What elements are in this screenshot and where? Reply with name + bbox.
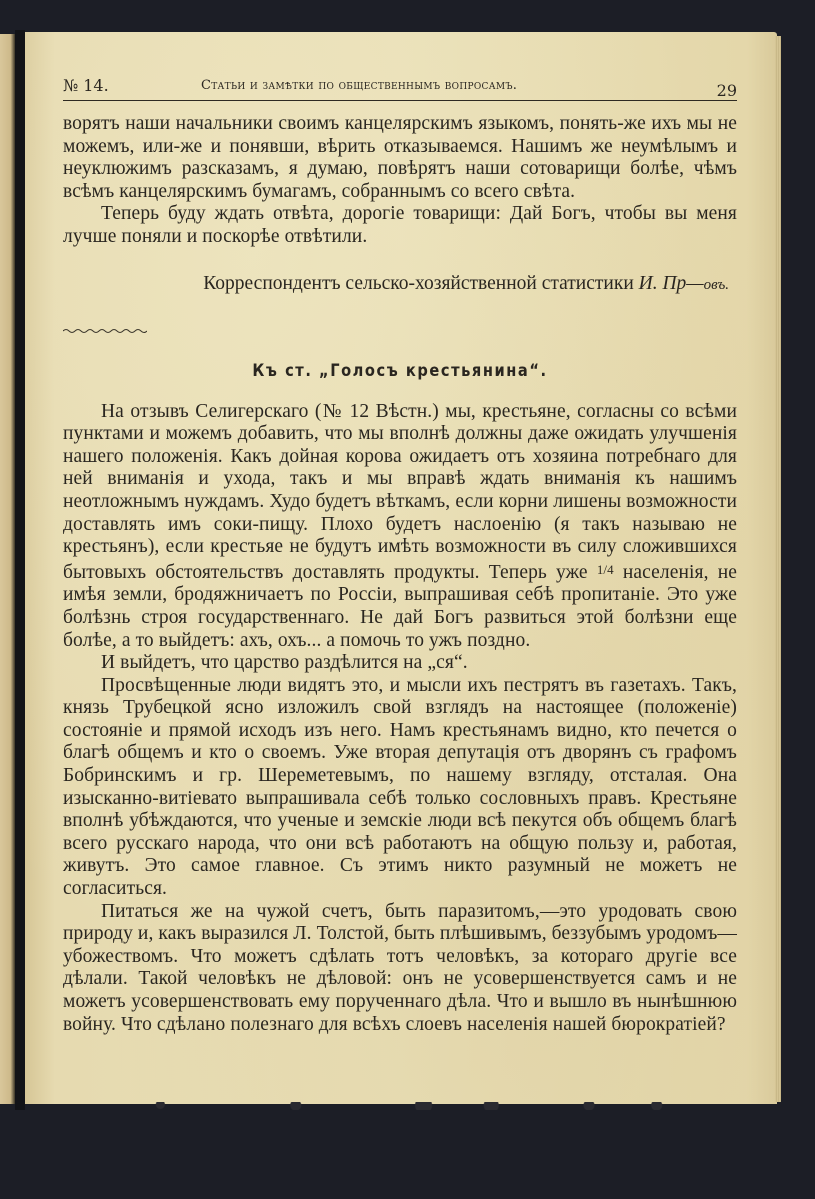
page-stack-edge [775, 36, 781, 1102]
signature-prefix: Корреспондентъ сельско-хозяйственной ста… [203, 273, 634, 294]
first-article-body: ворятъ наши начальники своимъ канцелярск… [63, 113, 737, 249]
running-head-title: Статьи и замѣтки по общественнымъ вопрос… [201, 78, 517, 93]
page-bottom-edge [25, 1102, 777, 1110]
running-head: № 14. Статьи и замѣтки по общественнымъ … [63, 72, 737, 101]
page-content: № 14. Статьи и замѣтки по общественнымъ … [63, 72, 737, 1036]
page-number: 29 [717, 81, 737, 100]
signature-author: И. Пр—овъ. [639, 273, 729, 294]
paragraph: Теперь буду ждать отвѣта, дорогіе товари… [63, 203, 737, 248]
second-article-body: На отзывъ Селигерскаго (№ 12 Вѣстн.) мы,… [63, 401, 737, 1037]
issue-number: № 14. [63, 76, 109, 95]
paragraph: Просвѣщенные люди видятъ это, и мысли их… [63, 675, 737, 901]
paragraph: И выйдетъ, что царство раздѣлится на „ся… [63, 652, 737, 675]
scanned-page-view: № 14. Статьи и замѣтки по общественнымъ … [0, 0, 815, 1199]
paragraph: ворятъ наши начальники своимъ канцелярск… [63, 113, 737, 203]
book-page: № 14. Статьи и замѣтки по общественнымъ … [25, 32, 777, 1104]
article-signature: Корреспондентъ сельско-хозяйственной ста… [63, 273, 737, 295]
fraction: 1/4 [597, 562, 614, 577]
previous-page-edge [0, 34, 15, 1104]
wavy-divider [63, 327, 147, 335]
paragraph: Питатьcя же на чужой счетъ, быть паразит… [63, 901, 737, 1037]
article-heading: Къ ст. „Голосъ крестьянина“. [110, 361, 690, 381]
paragraph: На отзывъ Селигерскаго (№ 12 Вѣстн.) мы,… [63, 401, 737, 653]
book-gutter [15, 30, 25, 1110]
